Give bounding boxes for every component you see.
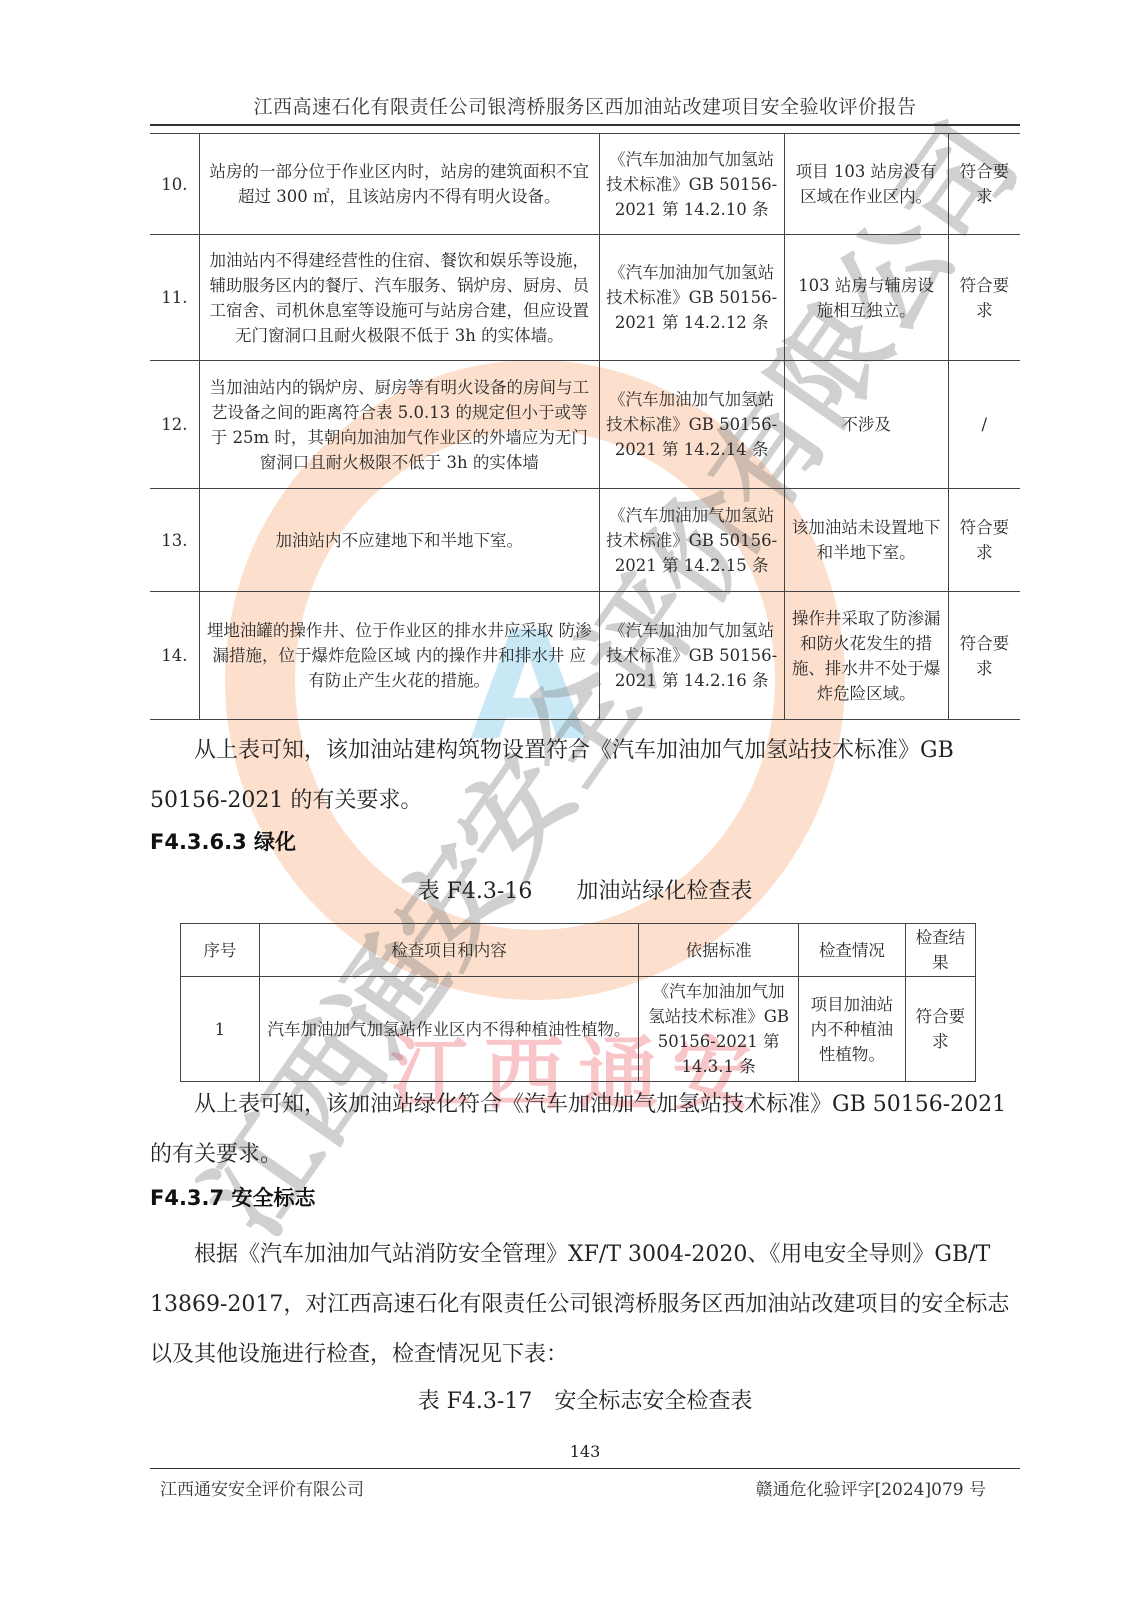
check-content: 埋地油罐的操作井、位于作业区的排水井应采取 防渗漏措施，位于爆炸危险区域 内的操…: [199, 592, 599, 720]
table-row: 14. 埋地油罐的操作井、位于作业区的排水井应采取 防渗漏措施，位于爆炸危险区域…: [150, 592, 1020, 720]
table-header-row: 序号 检查项目和内容 依据标准 检查情况 检查结果: [181, 924, 976, 977]
check-result: 符合要求: [948, 592, 1020, 720]
column-header-situation: 检查情况: [799, 924, 906, 977]
standard-reference: 《汽车加油加气加氢站技术标准》GB 50156-2021 第 14.2.15 条: [599, 489, 784, 592]
check-result: 符合要求: [948, 489, 1020, 592]
table-row: 11. 加油站内不得建经营性的住宿、餐饮和娱乐等设施，辅助服务区内的餐厅、汽车服…: [150, 235, 1020, 361]
standard-reference: 《汽车加油加气加氢站技术标准》GB 50156-2021 第 14.2.16 条: [599, 592, 784, 720]
check-situation: 该加油站未设置地下和半地下室。: [784, 489, 948, 592]
standard-reference: 《汽车加油加气加氢站技术标准》GB 50156-2021 第 14.2.10 条: [599, 134, 784, 235]
safety-signs-body: 根据《汽车加油加气站消防安全管理》XF/T 3004-2020、《用电安全导则》…: [150, 1230, 1020, 1380]
footer-company: 江西通安安全评价有限公司: [160, 1475, 364, 1500]
page-header-title: 江西高速石化有限责任公司银湾桥服务区西加油站改建项目安全验收评价报告: [150, 92, 1020, 119]
page-number: 143: [150, 1442, 1020, 1461]
header-divider: [150, 124, 1020, 126]
footer-divider: [150, 1468, 1020, 1469]
check-content: 加油站内不得建经营性的住宿、餐饮和娱乐等设施，辅助服务区内的餐厅、汽车服务、锅炉…: [199, 235, 599, 361]
check-content: 站房的一部分位于作业区内时，站房的建筑面积不宜超过 300 ㎡，且该站房内不得有…: [199, 134, 599, 235]
check-result: 符合要求: [905, 977, 975, 1082]
check-content: 加油站内不应建地下和半地下室。: [199, 489, 599, 592]
column-header-standard: 依据标准: [639, 924, 799, 977]
greening-check-table: 序号 检查项目和内容 依据标准 检查情况 检查结果 1 汽车加油加气加氢站作业区…: [180, 923, 976, 1082]
row-number: 12.: [150, 361, 199, 489]
check-result: 符合要求: [948, 235, 1020, 361]
row-number: 11.: [150, 235, 199, 361]
table-row: 1 汽车加油加气加氢站作业区内不得种植油性植物。 《汽车加油加气加氢站技术标准》…: [181, 977, 976, 1082]
column-header-result: 检查结果: [905, 924, 975, 977]
check-result: /: [948, 361, 1020, 489]
document-page: 江西高速石化有限责任公司银湾桥服务区西加油站改建项目安全验收评价报告 10. 站…: [0, 0, 1131, 1600]
table-row: 10. 站房的一部分位于作业区内时，站房的建筑面积不宜超过 300 ㎡，且该站房…: [150, 134, 1020, 235]
row-number: 10.: [150, 134, 199, 235]
section-heading-greening: F4.3.6.3 绿化: [150, 826, 296, 856]
check-content: 当加油站内的锅炉房、厨房等有明火设备的房间与工艺设备之间的距离符合表 5.0.1…: [199, 361, 599, 489]
table-row: 13. 加油站内不应建地下和半地下室。 《汽车加油加气加氢站技术标准》GB 50…: [150, 489, 1020, 592]
standard-reference: 《汽车加油加气加氢站技术标准》GB 50156-2021 第 14.2.12 条: [599, 235, 784, 361]
structures-conclusion: 从上表可知，该加油站建构筑物设置符合《汽车加油加气加氢站技术标准》GB 5015…: [150, 726, 1020, 826]
check-situation: 操作井采取了防渗漏和防火花发生的措施、排水井不处于爆炸危险区域。: [784, 592, 948, 720]
check-situation: 不涉及: [784, 361, 948, 489]
column-header-content: 检查项目和内容: [259, 924, 638, 977]
standard-reference: 《汽车加油加气加氢站技术标准》GB 50156-2021 第 14.2.14 条: [599, 361, 784, 489]
check-situation: 项目 103 站房没有区域在作业区内。: [784, 134, 948, 235]
section-heading-safety-signs: F4.3.7 安全标志: [150, 1182, 315, 1212]
check-result: 符合要求: [948, 134, 1020, 235]
greening-conclusion: 从上表可知，该加油站绿化符合《汽车加油加气加氢站技术标准》GB 50156-20…: [150, 1080, 1020, 1180]
structures-check-table-continued: 10. 站房的一部分位于作业区内时，站房的建筑面积不宜超过 300 ㎡，且该站房…: [150, 133, 1020, 720]
row-number: 14.: [150, 592, 199, 720]
standard-reference: 《汽车加油加气加氢站技术标准》GB 50156-2021 第 14.3.1 条: [639, 977, 799, 1082]
footer-document-number: 赣通危化验评字[2024]079 号: [756, 1475, 986, 1500]
table-caption-safety-signs: 表 F4.3-17 安全标志安全检查表: [150, 1384, 1020, 1415]
row-number: 1: [181, 977, 260, 1082]
row-number: 13.: [150, 489, 199, 592]
check-content: 汽车加油加气加氢站作业区内不得种植油性植物。: [259, 977, 638, 1082]
table-caption-greening: 表 F4.3-16 加油站绿化检查表: [150, 874, 1020, 905]
check-situation: 103 站房与辅房设施相互独立。: [784, 235, 948, 361]
table-row: 12. 当加油站内的锅炉房、厨房等有明火设备的房间与工艺设备之间的距离符合表 5…: [150, 361, 1020, 489]
column-header-number: 序号: [181, 924, 260, 977]
check-situation: 项目加油站内不种植油性植物。: [799, 977, 906, 1082]
